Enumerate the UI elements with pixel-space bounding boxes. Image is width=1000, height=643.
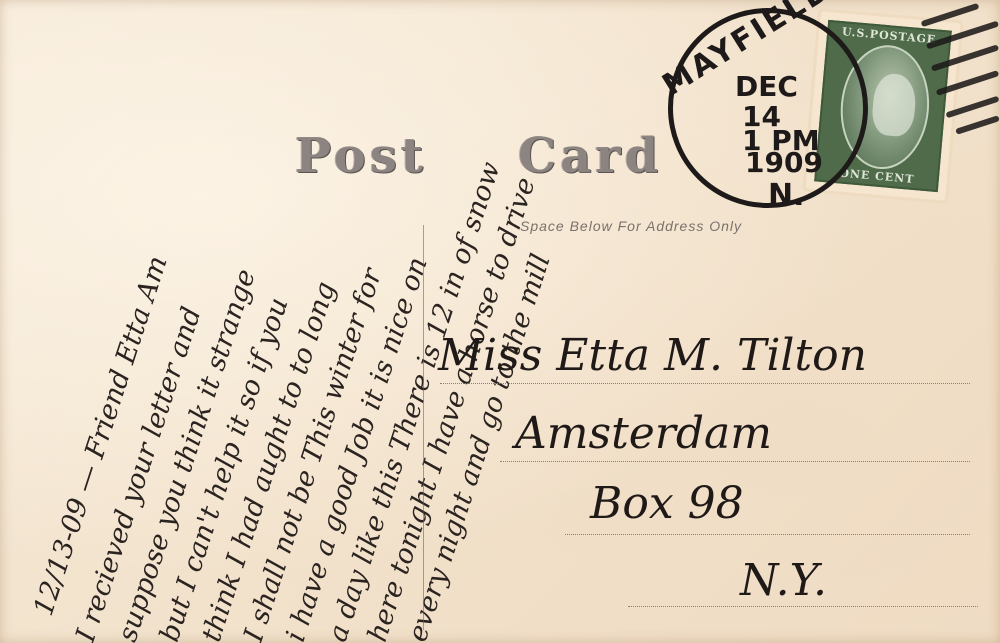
postmark-month: DEC (735, 70, 798, 103)
recipient-state: N.Y. (740, 555, 827, 606)
postcard-back: 12/13-09 — Friend Etta Am I recieved you… (0, 0, 1000, 643)
recipient-name: Miss Etta M. Tilton (438, 330, 867, 381)
address-instruction: Space Below For Address Only (520, 218, 742, 234)
recipient-city: Amsterdam (515, 408, 772, 459)
post-card-title-word2: Card (518, 128, 662, 184)
address-rule-3 (565, 533, 970, 535)
post-card-title-word1: Post (295, 128, 427, 184)
vertical-divider (423, 225, 424, 630)
postmark-year: 1909 (745, 146, 823, 179)
franklin-portrait-icon (871, 72, 918, 137)
handwritten-message: 12/13-09 — Friend Etta Am I recieved you… (0, 0, 430, 643)
cancellation-bar (955, 115, 1000, 135)
postmark-state: N. (768, 178, 805, 213)
recipient-box: Box 98 (590, 478, 744, 529)
address-rule-1 (440, 382, 970, 384)
address-rule-2 (500, 460, 970, 462)
